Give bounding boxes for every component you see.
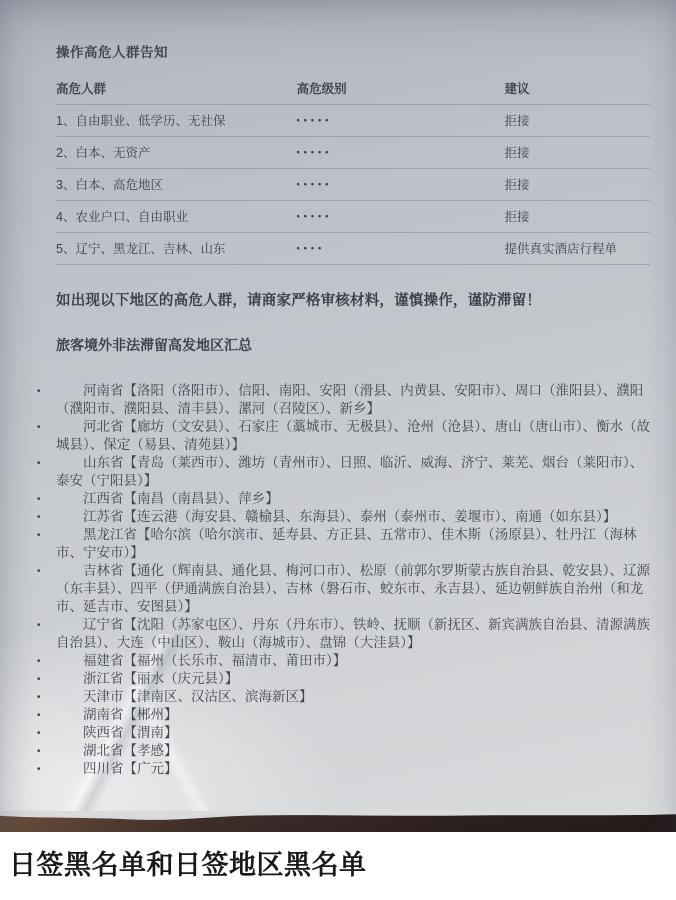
cell-level: •••• <box>297 233 505 265</box>
col-header-level: 高危级别 <box>297 74 505 105</box>
risk-table: 高危人群 高危级别 建议 1、自由职业、低学历、无社保 ••••• 拒接 2、白… <box>56 74 650 265</box>
table-row: 2、白本、无资产 ••••• 拒接 <box>56 137 650 169</box>
warning-text: 如出现以下地区的高危人群，请商家严格审核材料，谨慎操作，谨防滞留！ <box>56 289 650 310</box>
table-row: 3、白本、高危地区 ••••• 拒接 <box>56 169 650 201</box>
table-row: 5、辽宁、黑龙江、吉林、山东 •••• 提供真实酒店行程单 <box>56 233 650 265</box>
cell-advice: 提供真实酒店行程单 <box>504 233 650 265</box>
caption-bar: 日签黑名单和日签地区黑名单 <box>0 832 676 900</box>
notice-title: 操作高危人群告知 <box>56 41 650 61</box>
region-item: 山东省【青岛（莱西市）、潍坊（青州市）、日照、临沂、威海、济宁、莱芜、烟台（莱阳… <box>56 454 650 490</box>
cell-level: ••••• <box>297 201 505 233</box>
cell-advice: 拒接 <box>504 169 650 201</box>
cell-advice: 拒接 <box>504 201 650 233</box>
cell-level: ••••• <box>297 137 505 169</box>
caption-title: 日签黑名单和日签地区黑名单 <box>0 851 367 881</box>
region-item: 浙江省【丽水（庆元县）】 <box>56 670 650 688</box>
region-item: 湖北省【孝感】 <box>56 742 650 760</box>
region-item: 江苏省【连云港（海安县、赣榆县、东海县）、泰州（泰州市、姜堰市）、南通（如东县）… <box>56 508 650 526</box>
region-list: 河南省【洛阳（洛阳市）、信阳、南阳、安阳（滑县、内黄县、安阳市）、周口（淮阳县）… <box>56 382 650 778</box>
region-item: 吉林省【通化（辉南县、通化县、梅河口市）、松原（前郭尔罗斯蒙古族自治县、乾安县）… <box>56 562 650 616</box>
screenshot-root: 操作高危人群告知 高危人群 高危级别 建议 1、自由职 <box>0 0 676 900</box>
paper-bottom-edge <box>0 811 676 824</box>
cell-group: 2、白本、无资产 <box>56 137 297 169</box>
cell-level: ••••• <box>297 105 505 137</box>
cell-level: ••••• <box>297 169 505 201</box>
region-item: 江西省【南昌（南昌县）、萍乡】 <box>56 490 650 508</box>
table-header-row: 高危人群 高危级别 建议 <box>56 74 650 105</box>
col-header-group: 高危人群 <box>56 74 297 105</box>
region-item: 辽宁省【沈阳（苏家屯区）、丹东（丹东市）、铁岭、抚顺（新抚区、新宾满族自治县、清… <box>56 616 650 652</box>
region-item: 福建省【福州（长乐市、福清市、莆田市）】 <box>56 652 650 670</box>
table-row: 1、自由职业、低学历、无社保 ••••• 拒接 <box>56 105 650 137</box>
region-item: 河南省【洛阳（洛阳市）、信阳、南阳、安阳（滑县、内黄县、安阳市）、周口（淮阳县）… <box>56 382 650 418</box>
cell-advice: 拒接 <box>504 105 650 137</box>
col-header-advice: 建议 <box>504 74 650 105</box>
document-content: 操作高危人群告知 高危人群 高危级别 建议 1、自由职 <box>0 0 676 812</box>
region-list-title: 旅客境外非法滞留高发地区汇总 <box>56 335 650 355</box>
region-item: 黑龙江省【哈尔滨（哈尔滨市、延寿县、方正县、五常市）、佳木斯（汤原县）、牡丹江（… <box>56 526 650 562</box>
region-item: 陕西省【渭南】 <box>56 724 650 742</box>
cell-group: 1、自由职业、低学历、无社保 <box>56 105 297 137</box>
document-photo: 操作高危人群告知 高危人群 高危级别 建议 1、自由职 <box>0 0 676 832</box>
region-item: 四川省【广元】 <box>56 760 650 778</box>
region-item: 河北省【廊坊（文安县）、石家庄（藁城市、无极县）、沧州（沧县）、唐山（唐山市）、… <box>56 418 650 454</box>
paper-sheet: 操作高危人群告知 高危人群 高危级别 建议 1、自由职 <box>0 0 676 812</box>
cell-group: 4、农业户口、自由职业 <box>56 201 297 233</box>
region-item: 天津市【津南区、汉沽区、滨海新区】 <box>56 688 650 706</box>
region-item: 湖南省【郴州】 <box>56 706 650 724</box>
cell-advice: 拒接 <box>504 137 650 169</box>
cell-group: 5、辽宁、黑龙江、吉林、山东 <box>56 233 297 265</box>
cell-group: 3、白本、高危地区 <box>56 169 297 201</box>
table-row: 4、农业户口、自由职业 ••••• 拒接 <box>56 201 650 233</box>
